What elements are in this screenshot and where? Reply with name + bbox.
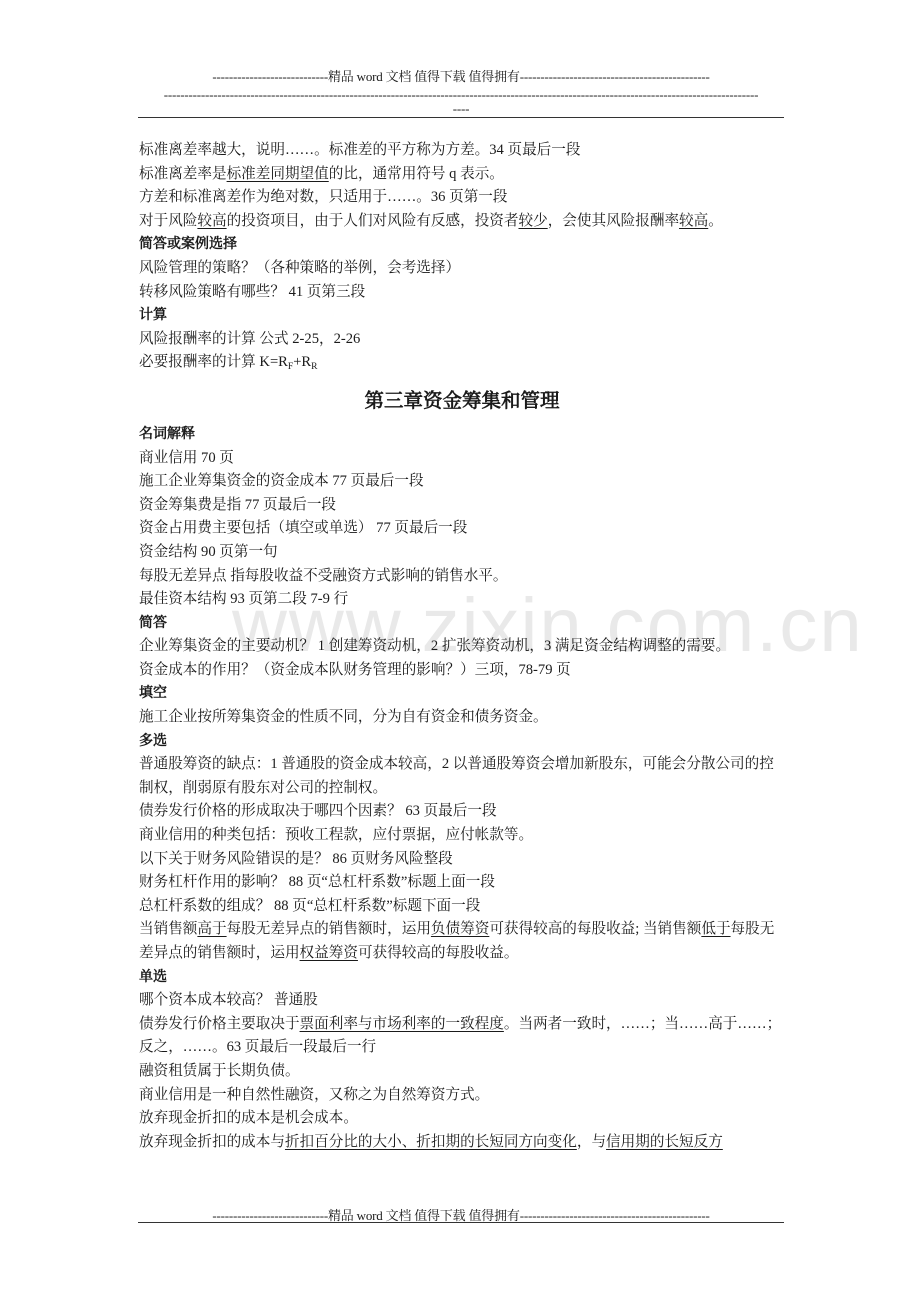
text-run: 债券发行价格的形成取决于哪四个因素？ 63 页最后一段 [139, 803, 497, 819]
text-line: 商业信用的种类包括：预收工程款，应付票据，应付帐款等。 [139, 824, 785, 848]
underlined-text: 低于 [701, 921, 730, 937]
single-choice-lines: 哪个资本成本较高？ 普通股债券发行价格主要取决于票面利率与市场利率的一致程度。当… [139, 989, 785, 1154]
term-line: 最佳资本结构 93 页第二段 7-9 行 [139, 588, 785, 612]
header-dash-tail: ---- [138, 101, 784, 117]
text-line: 普通股筹资的缺点：1 普通股的资金成本较高，2 以普通股筹资会增加新股东，可能会… [139, 753, 785, 800]
heading-fill-blank: 填空 [139, 682, 785, 706]
formula-plus: +R [293, 354, 311, 370]
text-line: 资金成本的作用？（资金成本队财务管理的影响？）三项，78-79 页 [139, 659, 785, 683]
text-run: 商业信用的种类包括：预收工程款，应付票据，应付帐款等。 [139, 827, 533, 843]
heading-multiple-choice: 多选 [139, 730, 785, 754]
underlined-text: 标准差同期望值 [227, 166, 329, 182]
text-run: 方差和标准离差作为绝对数，只适用于……。36 页第一段 [139, 189, 508, 205]
heading-case-choice: 简答或案例选择 [139, 233, 785, 257]
term-line: 施工企业筹集资金的资金成本 77 页最后一段 [139, 470, 785, 494]
text-line: 财务杠杆作用的影响？ 88 页“总杠杆系数”标题上面一段 [139, 871, 785, 895]
text-run: 可获得较高的每股收益。 [358, 945, 519, 961]
text-run: 标准离差率是 [139, 166, 227, 182]
text-run: 的投资项目，由于人们对风险有反感，投资者 [227, 213, 519, 229]
text-run: ，与 [577, 1134, 606, 1150]
underlined-text: 较少 [518, 213, 547, 229]
text-run: 以下关于财务风险错误的是？ 86 页财务风险整段 [139, 851, 453, 867]
text-run: 财务杠杆作用的影响？ 88 页“总杠杆系数”标题上面一段 [139, 874, 495, 890]
footer-banner: ----------------------------精品 word 文档 值… [138, 1205, 784, 1224]
header-rule [138, 117, 784, 118]
underlined-text: 较高 [679, 213, 708, 229]
term-line: 每股无差异点 指每股收益不受融资方式影响的销售水平。 [139, 565, 785, 589]
text-run: 放弃现金折扣的成本与 [139, 1134, 285, 1150]
underlined-text: 高于 [197, 921, 226, 937]
text-run: 的比，通常用符号 q 表示。 [329, 166, 504, 182]
text-run: 总杠杆系数的组成？ 88 页“总杠杆系数”标题下面一段 [139, 898, 480, 914]
text-line: 放弃现金折扣的成本是机会成本。 [139, 1107, 785, 1131]
formula-prefix: 必要报酬率的计算 K=R [139, 354, 288, 370]
heading-terms: 名词解释 [139, 423, 785, 447]
text-run: 标准离差率越大，说明……。标准差的平方称为方差。34 页最后一段 [139, 142, 580, 158]
underlined-text: 权益筹资 [300, 945, 358, 961]
text-run: 哪个资本成本较高？ 普通股 [139, 992, 318, 1008]
text-line: 债券发行价格的形成取决于哪四个因素？ 63 页最后一段 [139, 800, 785, 824]
text-line: 对于风险较高的投资项目，由于人们对风险有反感，投资者较少，会使其风险报酬率较高。 [139, 210, 785, 234]
multiple-choice-lines: 普通股筹资的缺点：1 普通股的资金成本较高，2 以普通股筹资会增加新股东，可能会… [139, 753, 785, 965]
term-line: 资金占用费主要包括（填空或单选） 77 页最后一段 [139, 517, 785, 541]
text-run: 对于风险 [139, 213, 197, 229]
text-line: 风险报酬率的计算 公式 2-25，2-26 [139, 328, 785, 352]
text-run: 融资租赁属于长期负债。 [139, 1063, 300, 1079]
text-line: 企业筹集资金的主要动机？ 1 创建筹资动机，2 扩张筹资动机，3 满足资金结构调… [139, 635, 785, 659]
text-line: 标准离差率越大，说明……。标准差的平方称为方差。34 页最后一段 [139, 139, 785, 163]
underlined-text: 较高 [197, 213, 226, 229]
text-line: 转移风险策略有哪些？ 41 页第三段 [139, 281, 785, 305]
document-body: 标准离差率越大，说明……。标准差的平方称为方差。34 页最后一段标准离差率是标准… [139, 139, 785, 1154]
header-banner: ----------------------------精品 word 文档 值… [138, 66, 784, 85]
text-run: 。 [708, 213, 723, 229]
term-line: 商业信用 70 页 [139, 447, 785, 471]
text-run: 当销售额 [139, 921, 197, 937]
heading-single-choice: 单选 [139, 966, 785, 990]
text-run: 可获得较高的每股收益; 当销售额 [489, 921, 701, 937]
text-run: 放弃现金折扣的成本是机会成本。 [139, 1110, 358, 1126]
text-run: 每股无差异点的销售额时，运用 [227, 921, 431, 937]
prev-section-lines: 标准离差率越大，说明……。标准差的平方称为方差。34 页最后一段标准离差率是标准… [139, 139, 785, 233]
term-line: 资金筹集费是指 77 页最后一段 [139, 494, 785, 518]
text-line: 方差和标准离差作为绝对数，只适用于……。36 页第一段 [139, 186, 785, 210]
text-run: 普通股筹资的缺点：1 普通股的资金成本较高，2 以普通股筹资会增加新股东，可能会… [139, 756, 774, 796]
underlined-text: 折扣百分比的大小、折扣期的长短同方向变化 [285, 1134, 577, 1150]
text-line: 总杠杆系数的组成？ 88 页“总杠杆系数”标题下面一段 [139, 895, 785, 919]
text-line: 以下关于财务风险错误的是？ 86 页财务风险整段 [139, 848, 785, 872]
document-page: www.zixin.com.cn -----------------------… [0, 0, 920, 1302]
chapter-title: 第三章资金筹集和管理 [139, 375, 785, 423]
subscript-r: R [311, 362, 317, 372]
heading-short-answer: 简答 [139, 612, 785, 636]
underlined-text: 信用期的长短反方 [606, 1134, 723, 1150]
underlined-text: 票面利率与市场利率的一致程度 [300, 1016, 504, 1032]
term-line: 资金结构 90 页第一句 [139, 541, 785, 565]
text-run: ，会使其风险报酬率 [548, 213, 679, 229]
text-line: 商业信用是一种自然性融资，又称之为自然筹资方式。 [139, 1084, 785, 1108]
text-line: 风险管理的策略？（各种策略的举例，会考选择） [139, 257, 785, 281]
text-line: 施工企业按所筹集资金的性质不同，分为自有资金和债务资金。 [139, 706, 785, 730]
underlined-text: 负债筹资 [431, 921, 489, 937]
text-line: 当销售额高于每股无差异点的销售额时，运用负债筹资可获得较高的每股收益; 当销售额… [139, 918, 785, 965]
heading-calculation: 计算 [139, 304, 785, 328]
text-line: 债券发行价格主要取决于票面利率与市场利率的一致程度。当两者一致时，……；当……高… [139, 1013, 785, 1060]
text-line: 标准离差率是标准差同期望值的比，通常用符号 q 表示。 [139, 163, 785, 187]
text-line: 哪个资本成本较高？ 普通股 [139, 989, 785, 1013]
text-line: 放弃现金折扣的成本与折扣百分比的大小、折扣期的长短同方向变化，与信用期的长短反方 [139, 1131, 785, 1155]
text-run: 债券发行价格主要取决于 [139, 1016, 300, 1032]
formula-line: 必要报酬率的计算 K=RF+RR [139, 351, 785, 375]
text-run: 商业信用是一种自然性融资，又称之为自然筹资方式。 [139, 1087, 489, 1103]
text-line: 融资租赁属于长期负债。 [139, 1060, 785, 1084]
